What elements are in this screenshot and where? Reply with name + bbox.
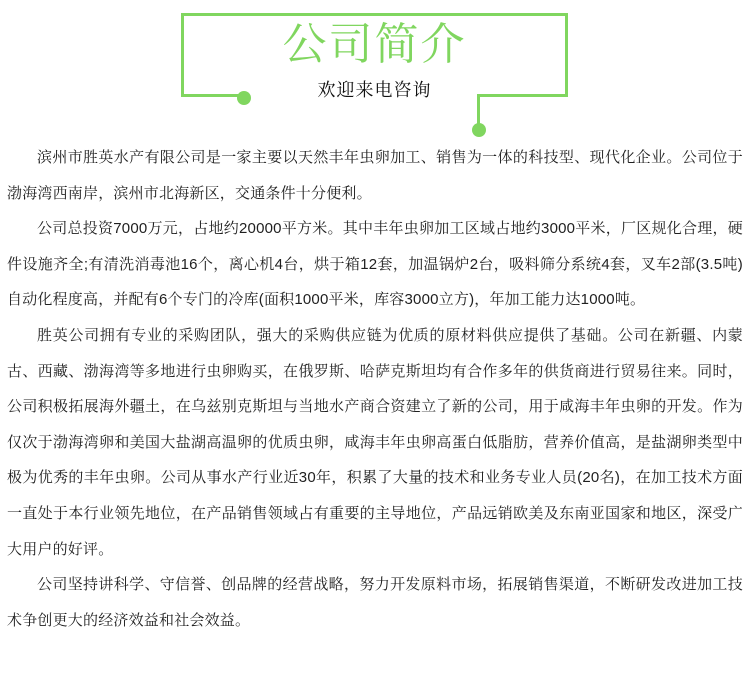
subtitle: 欢迎来电咨询 [181, 80, 568, 100]
company-intro-header: 公司简介 欢迎来电咨询 [0, 0, 750, 140]
paragraph: 胜英公司拥有专业的采购团队，强大的采购供应链为优质的原材料供应提供了基础。公司在… [7, 318, 743, 567]
page-title: 公司简介 [181, 20, 568, 70]
company-description: 滨州市胜英水产有限公司是一家主要以天然丰年虫卵加工、销售为一体的科技型、现代化企… [0, 140, 750, 638]
decorative-dot-right [472, 123, 486, 137]
paragraph: 滨州市胜英水产有限公司是一家主要以天然丰年虫卵加工、销售为一体的科技型、现代化企… [7, 140, 743, 211]
paragraph: 公司坚持讲科学、守信誉、创品牌的经营战略，努力开发原料市场，拓展销售渠道，不断研… [7, 567, 743, 638]
paragraph: 公司总投资7000万元，占地约20000平方米。其中丰年虫卵加工区域占地约300… [7, 211, 743, 318]
company-intro-page: 公司简介 欢迎来电咨询 滨州市胜英水产有限公司是一家主要以天然丰年虫卵加工、销售… [0, 0, 750, 674]
